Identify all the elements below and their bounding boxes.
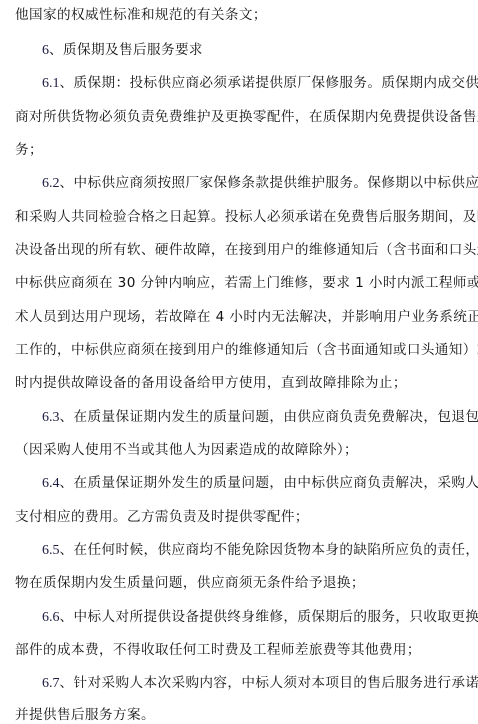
- line-text: 商对所供货物必须负责免费维护及更换零配件，在质保期内免费提供设备售后服: [15, 109, 478, 125]
- line-text: 、中标人对所提供设备提供终身维修，质保期后的服务，只收取更换零: [60, 609, 478, 625]
- text-line: 决设备出现的所有软、硬件故障，在接到用户的维修通知后（含书面和口头通知），: [15, 240, 478, 260]
- clause-6-6: 6.6、中标人对所提供设备提供终身维修，质保期后的服务，只收取更换零: [42, 607, 478, 627]
- line-text: 中标供应商须在 30 分钟内响应，若需上门维修，要求 1 小时内派工程师或技: [15, 275, 478, 291]
- clause-6-3: 6.3、在质量保证期内发生的质量问题，由供应商负责免费解决，包退包换: [42, 407, 478, 427]
- text-line: （因采购人使用不当或其他人为因素造成的故障除外）；: [15, 440, 358, 460]
- clause-6-5: 6.5、在任何时候，供应商均不能免除因货物本身的缺陷所应负的责任，货: [42, 540, 478, 560]
- text-line: 支付相应的费用。乙方需负责及时提供零配件；: [15, 507, 309, 527]
- clause-number: 6.6: [42, 610, 60, 625]
- clause-number: 6.7: [42, 676, 60, 691]
- line-text: 和采购人共同检验合格之日起算。投标人必须承诺在免费售后服务期间，及时解: [15, 209, 478, 225]
- line-text: 决设备出现的所有软、硬件故障，在接到用户的维修通知后（含书面和口头通知），: [15, 242, 478, 258]
- line-text: 、针对采购人本次采购内容，中标人须对本项目的售后服务进行承诺，: [60, 675, 478, 691]
- line-text: 、在质量保证期内发生的质量问题，由供应商负责免费解决，包退包换: [60, 409, 478, 425]
- line-text: 务；: [15, 142, 43, 158]
- text-line: 物在质保期内发生质量问题，供应商须无条件给予退换；: [15, 573, 365, 593]
- clause-number: 6.5: [42, 543, 60, 558]
- text-line: 商对所供货物必须负责免费维护及更换零配件，在质保期内免费提供设备售后服: [15, 107, 478, 127]
- clause-number: 6.1: [42, 76, 60, 91]
- text-line: 他国家的权威性标准和规范的有关条文；: [15, 5, 267, 25]
- text-line: 和采购人共同检验合格之日起算。投标人必须承诺在免费售后服务期间，及时解: [15, 207, 478, 227]
- clause-6-1: 6.1、质保期：投标供应商必须承诺提供原厂保修服务。质保期内成交供应: [42, 73, 478, 93]
- clause-6-2: 6.2、中标供应商须按照厂家保修条款提供维护服务。保修期以中标供应商: [42, 173, 478, 193]
- section-heading: 6、质保期及售后服务要求: [42, 40, 203, 60]
- text-line: 中标供应商须在 30 分钟内响应，若需上门维修，要求 1 小时内派工程师或技: [15, 273, 478, 293]
- line-text: 、在质量保证期外发生的质量问题，由中标供应商负责解决，采购人应: [60, 475, 478, 491]
- text-line: 部件的成本费，不得收取任何工时费及工程师差旅费等其他费用；: [15, 640, 421, 660]
- line-text: 术人员到达用户现场，若故障在 4 小时内无法解决，并影响用户业务系统正常: [15, 309, 478, 325]
- text-line: 工作的，中标供应商须在接到用户的维修通知后（含书面通知或口头通知）24 小: [15, 340, 478, 360]
- clause-6-7: 6.7、针对采购人本次采购内容，中标人须对本项目的售后服务进行承诺，: [42, 673, 478, 693]
- line-text: 时内提供故障设备的备用设备给甲方使用，直到故障排除为止；: [15, 375, 407, 391]
- line-text: 工作的，中标供应商须在接到用户的维修通知后（含书面通知或口头通知）24 小: [15, 342, 478, 358]
- text-line: 并提供售后服务方案。: [15, 705, 155, 724]
- line-text: 支付相应的费用。乙方需负责及时提供零配件；: [15, 509, 309, 525]
- line-text: 、质保期：投标供应商必须承诺提供原厂保修服务。质保期内成交供应: [60, 75, 478, 91]
- line-text: 部件的成本费，不得收取任何工时费及工程师差旅费等其他费用；: [15, 642, 421, 658]
- clause-6-4: 6.4、在质量保证期外发生的质量问题，由中标供应商负责解决，采购人应: [42, 473, 478, 493]
- text-line: 术人员到达用户现场，若故障在 4 小时内无法解决，并影响用户业务系统正常: [15, 307, 478, 327]
- line-text: 物在质保期内发生质量问题，供应商须无条件给予退换；: [15, 575, 365, 591]
- text-line: 务；: [15, 140, 43, 160]
- line-text: 、中标供应商须按照厂家保修条款提供维护服务。保修期以中标供应商: [60, 175, 478, 191]
- line-text: 、质保期及售后服务要求: [49, 42, 203, 58]
- line-text: 他国家的权威性标准和规范的有关条文；: [15, 7, 267, 23]
- clause-number: 6.2: [42, 176, 60, 191]
- section-number: 6: [42, 43, 49, 58]
- line-text: 并提供售后服务方案。: [15, 707, 155, 723]
- clause-number: 6.4: [42, 476, 60, 491]
- clause-number: 6.3: [42, 410, 60, 425]
- line-text: （因采购人使用不当或其他人为因素造成的故障除外）；: [15, 442, 358, 458]
- line-text: 、在任何时候，供应商均不能免除因货物本身的缺陷所应负的责任，货: [60, 542, 478, 558]
- text-line: 时内提供故障设备的备用设备给甲方使用，直到故障排除为止；: [15, 373, 407, 393]
